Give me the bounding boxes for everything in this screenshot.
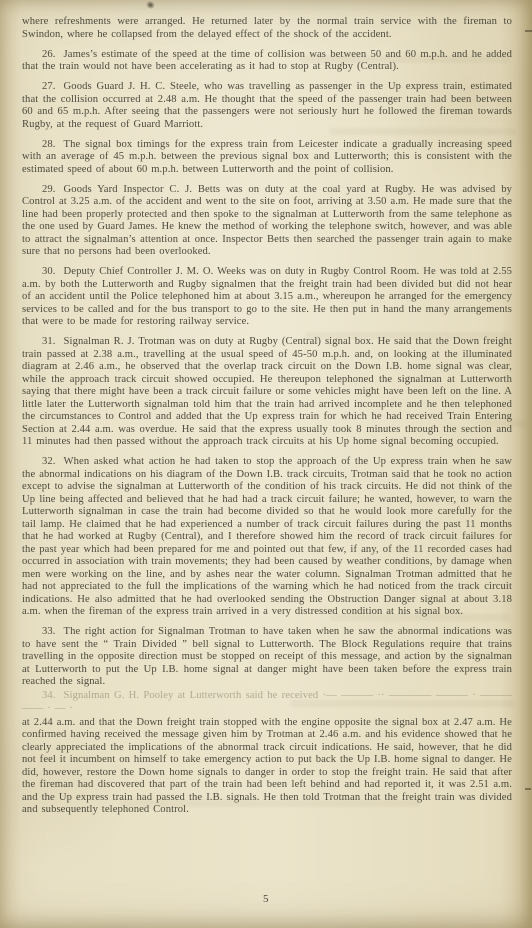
paragraph-30: 30.Deputy Chief Controller J. M. O. Week…: [22, 266, 512, 329]
paragraph-32: 32.When asked what action he had taken t…: [22, 456, 512, 619]
paragraph-34-faded-line: 34.Signalman G. H. Pooley at Lutterworth…: [22, 690, 512, 715]
scan-smudge: [145, 0, 156, 10]
paragraph-number: 26.: [42, 49, 64, 60]
paragraph-text: When asked what action he had taken to s…: [22, 456, 512, 617]
paragraph-number: 27.: [42, 81, 64, 92]
paragraph-text: Deputy Chief Controller J. M. O. Weeks w…: [22, 266, 512, 327]
paragraph-text: The signal box timings for the express t…: [22, 139, 512, 175]
page-number: 5: [0, 893, 532, 905]
paragraph-29: 29.Goods Yard Inspector C. J. Betts was …: [22, 184, 512, 259]
paragraph-number: 29.: [42, 184, 64, 195]
paragraph-text: Signalman R. J. Trotman was on duty at R…: [22, 336, 512, 447]
paragraph-text: The right action for Signalman Trotman t…: [22, 626, 512, 687]
paragraph-number: 30.: [42, 266, 64, 277]
paragraph-34-continuation: at 2.44 a.m. and that the Down freight t…: [22, 717, 512, 817]
paragraph-26: 26.James’s estimate of the speed at the …: [22, 49, 512, 74]
scan-edge-mark: [525, 788, 531, 790]
paragraph-25-continuation: where refreshments were arranged. He ret…: [22, 16, 512, 41]
report-text-block: where refreshments were arranged. He ret…: [22, 16, 512, 824]
paragraph-number: 28.: [42, 139, 64, 150]
paragraph-number: 34.: [42, 690, 64, 701]
paragraph-text-faded: Signalman G. H. Pooley at Lutterworth sa…: [22, 690, 512, 714]
paragraph-text: Goods Guard J. H. C. Steele, who was tra…: [22, 81, 512, 130]
paragraph-number: 31.: [42, 336, 64, 347]
scan-edge-mark: [525, 30, 532, 32]
paragraph-33: 33.The right action for Signalman Trotma…: [22, 626, 512, 689]
paragraph-27: 27.Goods Guard J. H. C. Steele, who was …: [22, 81, 512, 131]
document-page: where refreshments were arranged. He ret…: [0, 0, 532, 928]
paragraph-text: Goods Yard Inspector C. J. Betts was on …: [22, 184, 512, 258]
paragraph-31: 31.Signalman R. J. Trotman was on duty a…: [22, 336, 512, 449]
paragraph-text: James’s estimate of the speed at the tim…: [22, 49, 512, 73]
paragraph-number: 33.: [42, 626, 64, 637]
paragraph-number: 32.: [42, 456, 64, 467]
paragraph-28: 28.The signal box timings for the expres…: [22, 139, 512, 177]
